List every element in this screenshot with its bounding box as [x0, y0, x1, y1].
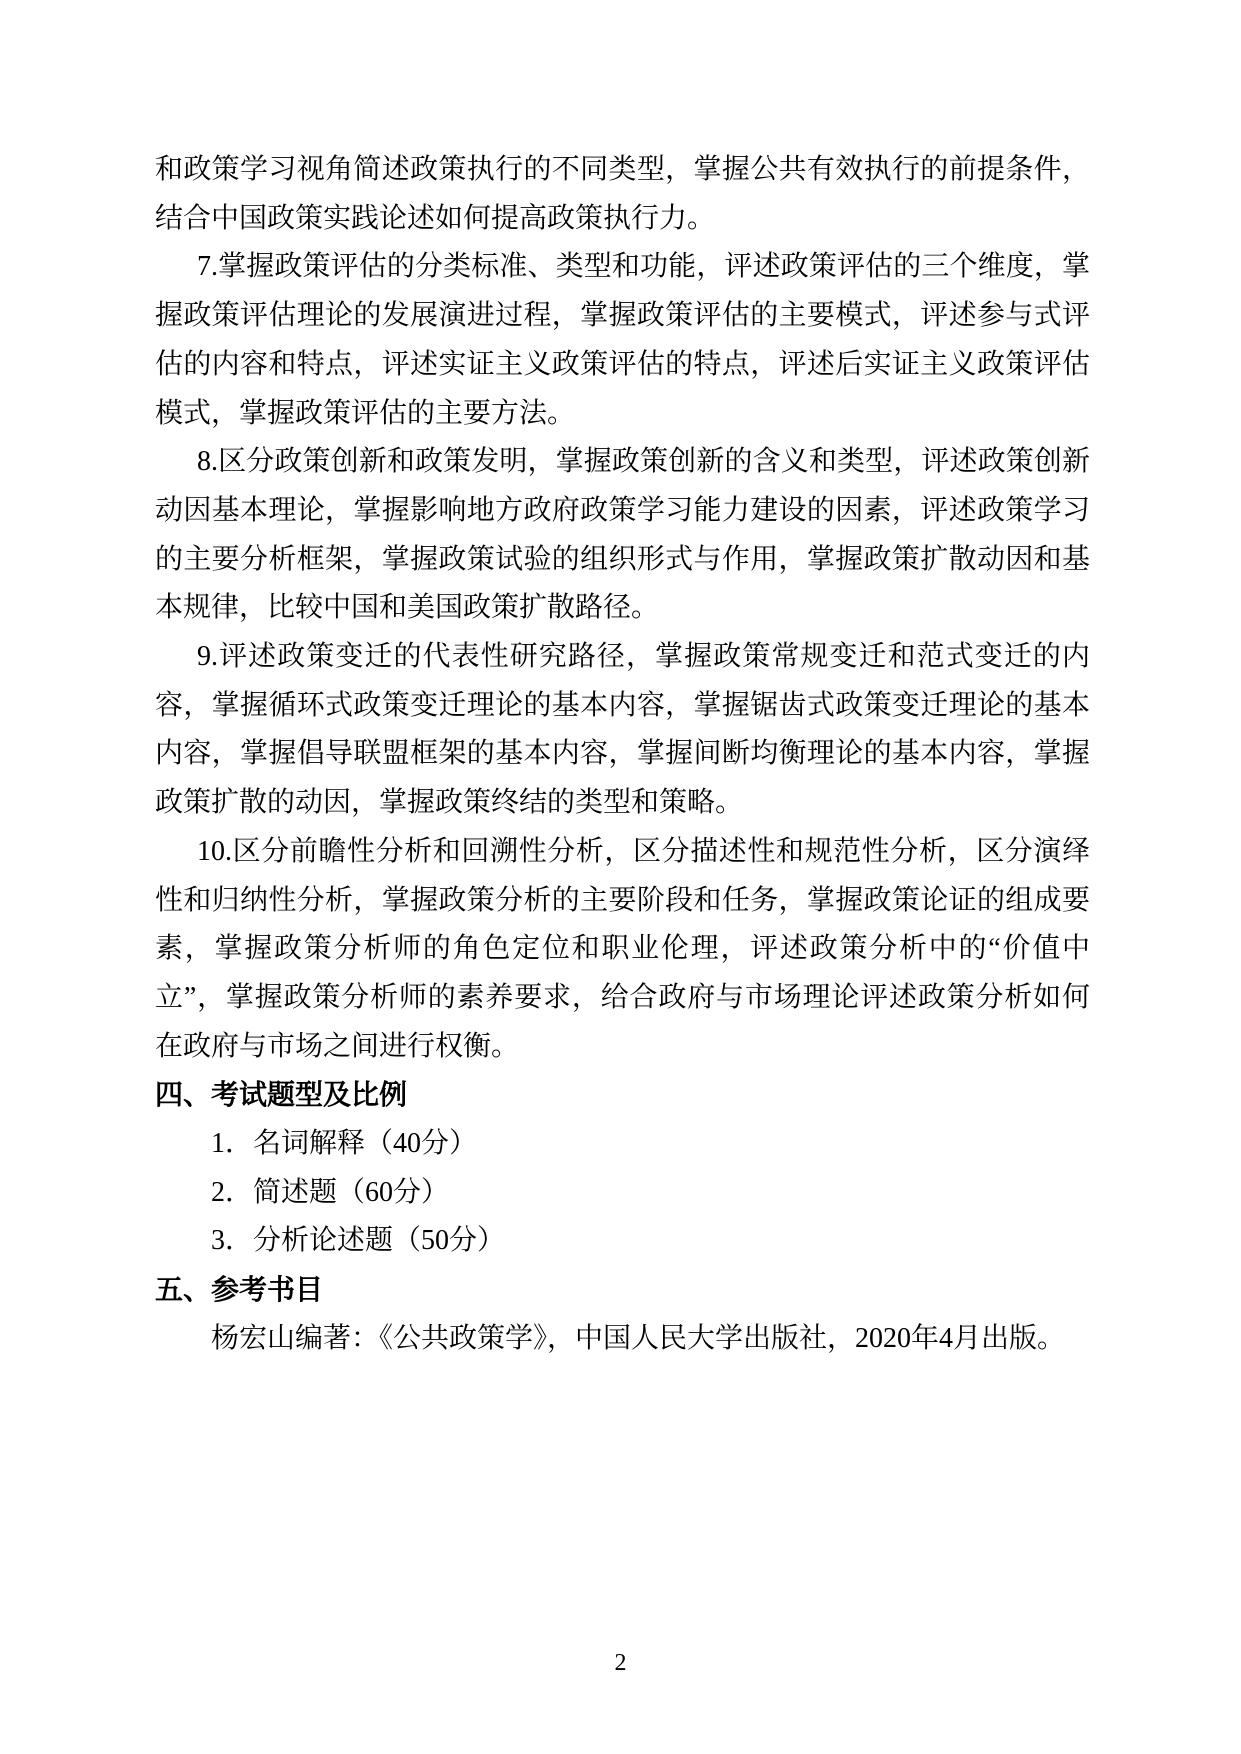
paragraph-item-9: 9.评述政策变迁的代表性研究路径，掌握政策常规变迁和范式变迁的内容，掌握循环式政… — [155, 633, 1090, 828]
exam-type-item-3: 3．分析论述题（50分） — [155, 1217, 1090, 1266]
section-heading-exam-types: 四、考试题型及比例 — [155, 1071, 1090, 1120]
page-number: 2 — [0, 1648, 1241, 1678]
section-heading-references: 五、参考书目 — [155, 1266, 1090, 1315]
exam-type-item-1: 1．名词解释（40分） — [155, 1120, 1090, 1169]
exam-type-item-2: 2．简述题（60分） — [155, 1169, 1090, 1218]
page-content: 和政策学习视角简述政策执行的不同类型，掌握公共有效执行的前提条件，结合中国政策实… — [155, 146, 1090, 1364]
paragraph-item-10: 10.区分前瞻性分析和回溯性分析，区分描述性和规范性分析，区分演绎性和归纳性分析… — [155, 828, 1090, 1072]
paragraph-item-7: 7.掌握政策评估的分类标准、类型和功能，评述政策评估的三个维度，掌握政策评估理论… — [155, 243, 1090, 438]
document-page: 和政策学习视角简述政策执行的不同类型，掌握公共有效执行的前提条件，结合中国政策实… — [0, 0, 1241, 1754]
paragraph-item-8: 8.区分政策创新和政策发明，掌握政策创新的含义和类型，评述政策创新动因基本理论，… — [155, 438, 1090, 633]
reference-entry: 杨宏山编著：《公共政策学》，中国人民大学出版社，2020年4月出版。 — [155, 1315, 1090, 1364]
paragraph-continuation: 和政策学习视角简述政策执行的不同类型，掌握公共有效执行的前提条件，结合中国政策实… — [155, 146, 1090, 243]
